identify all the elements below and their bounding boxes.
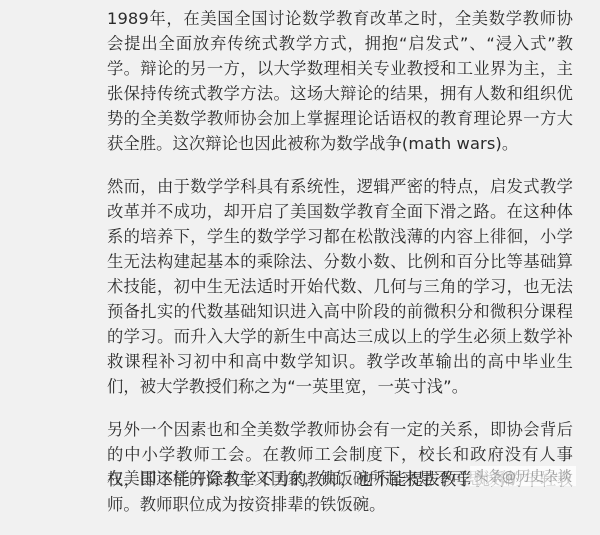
- paragraph-decline: 然而，由于数学学科具有系统性，逻辑严密的特点，启发式教学改革并不成功，却开启了美…: [107, 174, 573, 399]
- watermark: 头条@历史杂谈: [470, 466, 576, 485]
- article-body: 1989年，在美国全国讨论数学教育改革之时，全美数学教师协会提出全面放弃传统式教…: [107, 6, 573, 485]
- paragraph-math-wars: 1989年，在美国全国讨论数学教育改革之时，全美数学教师协会提出全面放弃传统式教…: [107, 6, 573, 156]
